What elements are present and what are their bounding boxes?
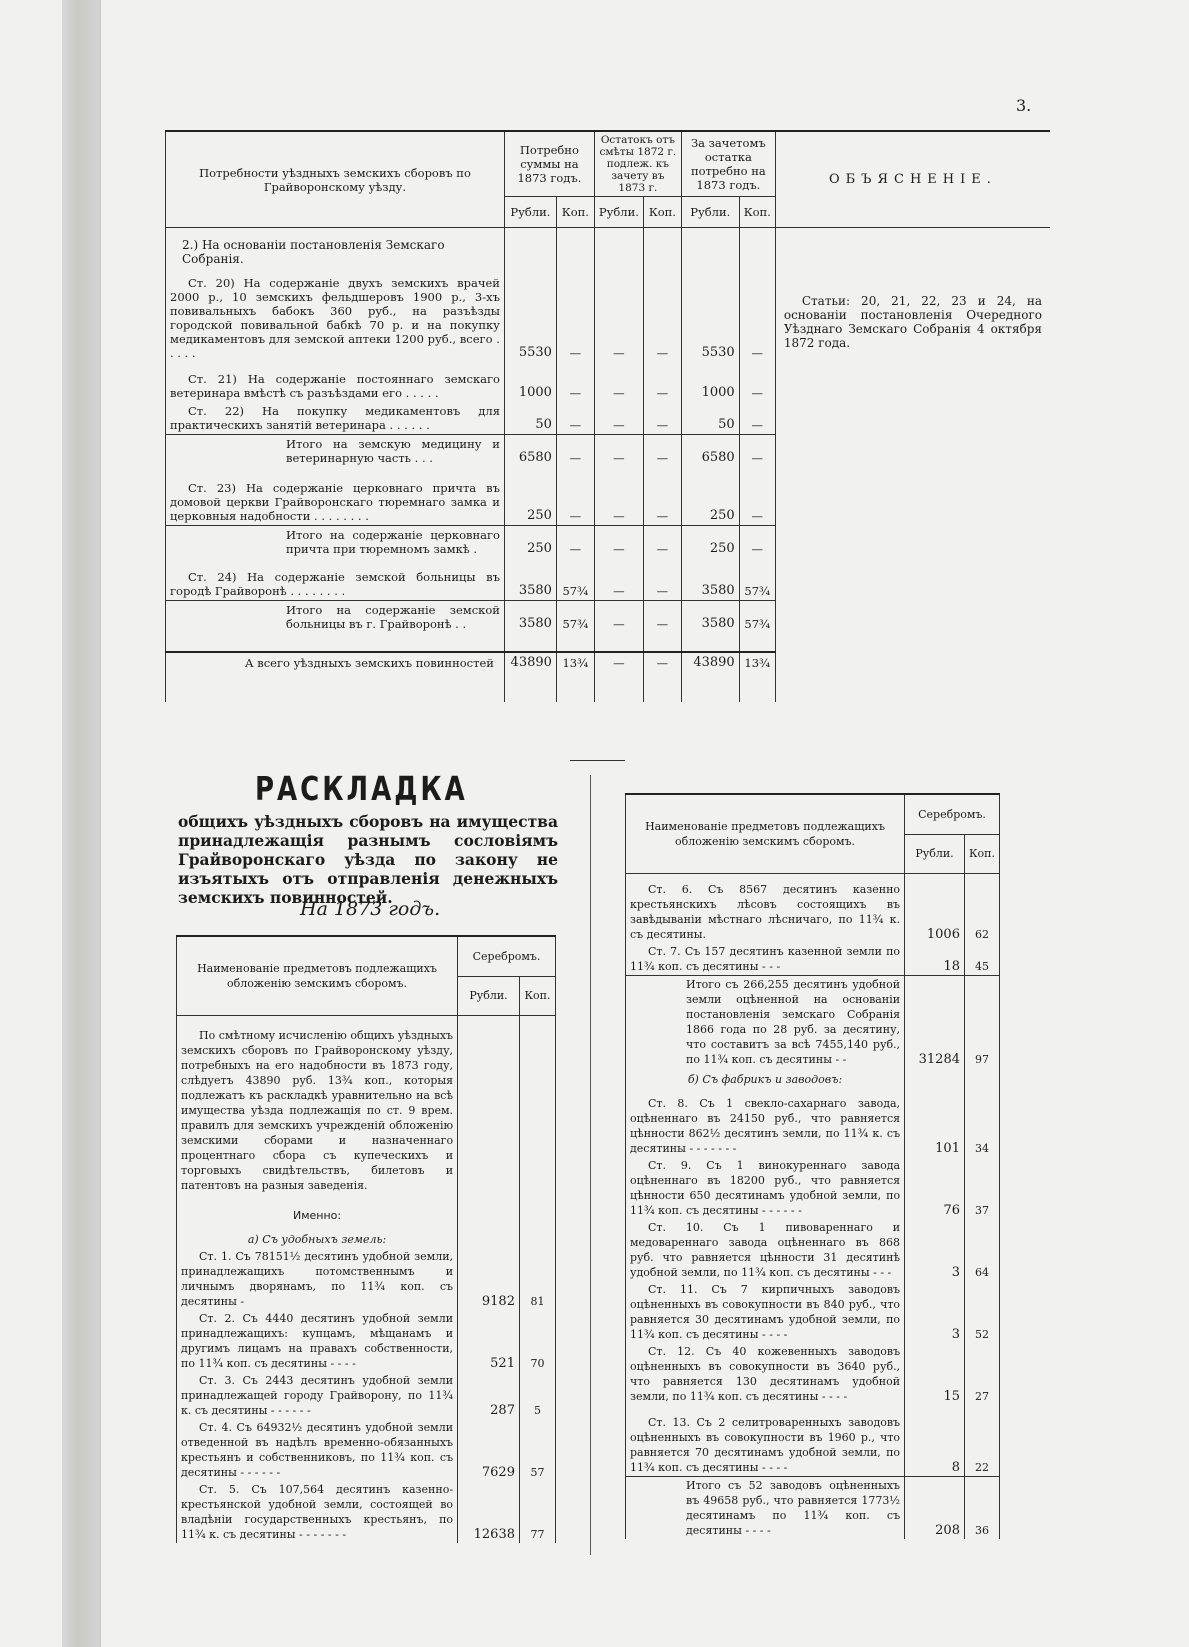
section-a-heading: а) Съ удобныхъ земель: xyxy=(177,1224,458,1248)
divider xyxy=(570,760,625,761)
table-row: Ст. 10. Съ 1 пивовареннаго и медоваренна… xyxy=(626,1219,1000,1281)
subtotal-row: Итого съ 52 заводовъ оцѣненныхъ въ 49658… xyxy=(626,1477,1000,1540)
header-remainder: Остатокъ отъ смѣты 1872 г. подлеж. къ за… xyxy=(594,131,681,197)
header-description: Потребности уѣздныхъ земскихъ сборовъ по… xyxy=(166,131,505,228)
table-row: Ст. 6. Съ 8567 десятинъ казенно крестьян… xyxy=(626,874,1000,944)
header-silver: Серебромъ. xyxy=(905,794,1000,834)
table-row: Ст. 1. Съ 78151½ десятинъ удобной земли,… xyxy=(177,1248,556,1310)
header-rub: Рубли. xyxy=(905,834,965,873)
header-description: Наименованіе предметовъ подлежащихъ обло… xyxy=(626,794,905,874)
page-number: 3. xyxy=(1016,96,1031,115)
table-row: Ст. 3. Съ 2443 десятинъ удобной земли пр… xyxy=(177,1372,556,1419)
table-row: Ст. 12. Съ 40 кожевенныхъ заводовъ оцѣне… xyxy=(626,1343,1000,1405)
header-required: Потребно суммы на 1873 годъ. xyxy=(504,131,594,197)
allocation-title: РАСКЛАДКА xyxy=(255,771,468,809)
header-rub: Рубли. xyxy=(504,197,556,228)
table-row: Ст. 11. Съ 7 кирпичныхъ заводовъ оцѣненн… xyxy=(626,1281,1000,1343)
allocation-table-left: Наименованіе предметовъ подлежащихъ обло… xyxy=(176,935,556,1543)
table-row: Ст. 8. Съ 1 свекло-сахарнаго завода, оцѣ… xyxy=(626,1088,1000,1157)
section-b-heading: б) Съ фабрикъ и заводовъ: xyxy=(626,1068,905,1088)
allocation-subtitle: общихъ уѣздныхъ сборовъ на имущества при… xyxy=(178,812,558,907)
section-title: 2.) На основаніи постановленія Земскаго … xyxy=(166,228,505,269)
table-row: Ст. 5. Съ 107,564 десятинъ казенно-крест… xyxy=(177,1481,556,1543)
column-divider xyxy=(590,775,591,1555)
header-kop: Коп. xyxy=(556,197,594,228)
header-kop: Коп. xyxy=(964,834,999,873)
header-silver: Серебромъ. xyxy=(458,936,556,976)
table-row: Ст. 4. Съ 64932½ десятинъ удобной земли … xyxy=(177,1419,556,1481)
header-rem-kop: Коп. xyxy=(643,197,681,228)
table-row: Ст. 13. Съ 2 селитроваренныхъ заводовъ о… xyxy=(626,1405,1000,1477)
header-explanation: ОБЪЯСНЕНІЕ. xyxy=(775,131,1050,228)
header-rub: Рубли. xyxy=(458,976,520,1015)
page-edge xyxy=(100,0,101,1647)
header-rem-rub: Рубли. xyxy=(594,197,643,228)
subtotal-row: Итого съ 266,255 десятинъ удобной земли … xyxy=(626,976,1000,1069)
table-row: Ст. 9. Съ 1 винокуреннаго завода оцѣненн… xyxy=(626,1157,1000,1219)
namely-heading: Именно: xyxy=(177,1194,458,1224)
table-row: Ст. 7. Съ 157 десятинъ казенной земли по… xyxy=(626,943,1000,976)
header-net-required: За зачетомъ остатка потребно на 1873 год… xyxy=(681,131,775,197)
allocation-year: На 1873 годъ. xyxy=(300,898,440,920)
allocation-table-right: Наименованіе предметовъ подлежащихъ обло… xyxy=(625,793,1000,1539)
needs-table: Потребности уѣздныхъ земскихъ сборовъ по… xyxy=(165,130,1050,702)
header-kop: Коп. xyxy=(519,976,555,1015)
intro-text: По смѣтному исчисленію общихъ уѣздныхъ з… xyxy=(177,1016,458,1195)
explanation-text: Статьи: 20, 21, 22, 23 и 24, на основані… xyxy=(784,294,1042,350)
header-description: Наименованіе предметовъ подлежащихъ обло… xyxy=(177,936,458,1016)
header-net-rub: Рубли. xyxy=(681,197,739,228)
table-row: Ст. 2. Съ 4440 десятинъ удобной земли пр… xyxy=(177,1310,556,1372)
binding-gutter xyxy=(62,0,100,1647)
header-net-kop: Коп. xyxy=(739,197,775,228)
explanation-cell: Статьи: 20, 21, 22, 23 и 24, на основані… xyxy=(775,228,1050,703)
